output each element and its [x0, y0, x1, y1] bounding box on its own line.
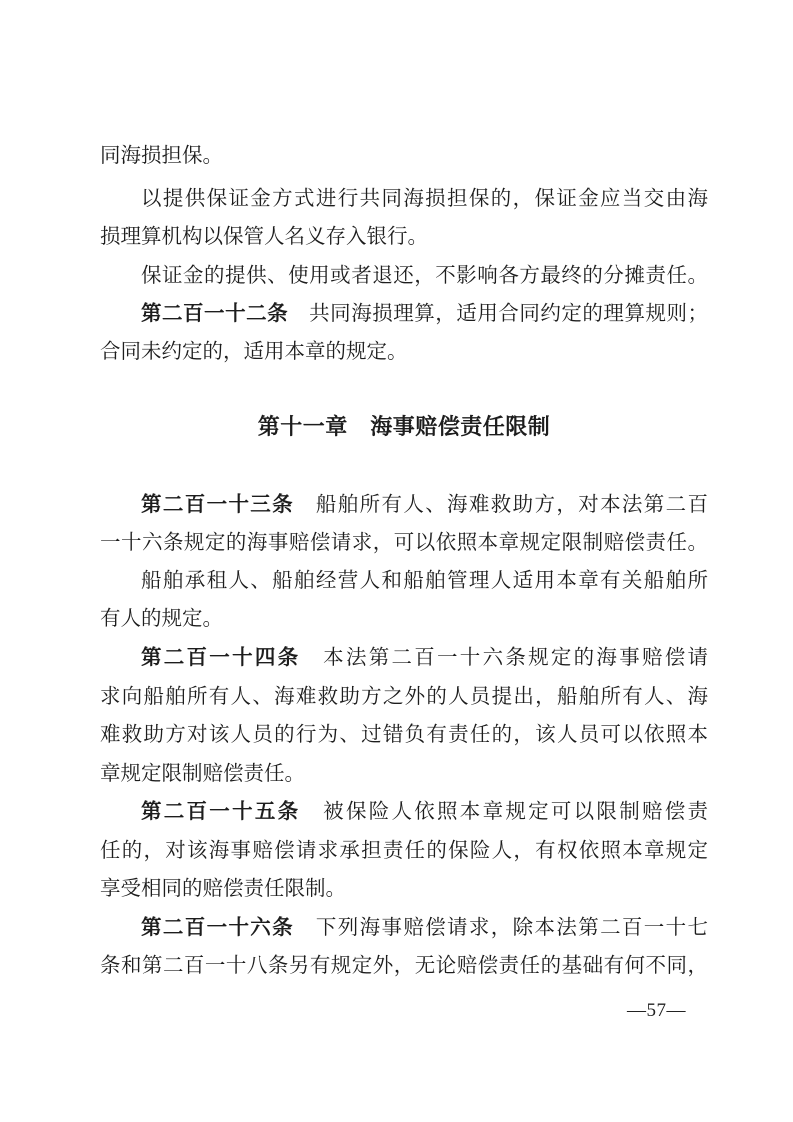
text-line: 享受相同的赔偿责任限制。	[100, 877, 708, 901]
text-segment: 保证金的提供、使用或者退还，不影响各方最终的分摊责任。	[141, 265, 708, 287]
text-segment: 本法第二百一十六条规定的海事赔偿请	[300, 647, 708, 669]
article-number: 第二百一十五条	[141, 800, 300, 823]
text-line: 船舶承租人、船舶经营人和船舶管理人适用本章有关船舶所	[100, 569, 708, 593]
text-line: 损理算机构以保管人名义存入银行。	[100, 225, 708, 249]
text-line: 同海损担保。	[100, 144, 708, 168]
text-line: 求向船舶所有人、海难救助方之外的人员提出，船舶所有人、海	[100, 685, 708, 709]
text-segment: 难救助方对该人员的行为、过错负有责任的，该人员可以依照本	[100, 724, 708, 746]
text-segment: 船舶所有人、海难救助方，对本法第二百	[294, 494, 708, 516]
article-number: 第二百一十二条	[141, 302, 288, 325]
page-number: —57—	[627, 1000, 686, 1022]
document-page: 同海损担保。以提供保证金方式进行共同海损担保的，保证金应当交由海损理算机构以保管…	[0, 0, 793, 1122]
text-segment: 船舶承租人、船舶经营人和船舶管理人适用本章有关船舶所	[141, 570, 708, 592]
text-line: 第二百一十三条 船舶所有人、海难救助方，对本法第二百	[100, 493, 708, 517]
text-line: 任的，对该海事赔偿请求承担责任的保险人，有权依照本章规定	[100, 839, 708, 863]
text-line: 条和第二百一十八条另有规定外，无论赔偿责任的基础有何不同，	[100, 954, 708, 978]
text-segment: 下列海事赔偿请求，除本法第二百一十七	[294, 917, 708, 939]
article-number: 第二百一十三条	[141, 493, 294, 516]
chapter-heading-text: 第十一章 海事赔偿责任限制	[258, 414, 551, 439]
text-segment: 求向船舶所有人、海难救助方之外的人员提出，船舶所有人、海	[100, 686, 708, 708]
text-line: 第二百一十四条 本法第二百一十六条规定的海事赔偿请	[100, 646, 708, 670]
text-segment: 任的，对该海事赔偿请求承担责任的保险人，有权依照本章规定	[100, 840, 708, 862]
text-segment: 章规定限制赔偿责任。	[100, 763, 305, 785]
text-segment: 一十六条规定的海事赔偿请求，可以依照本章规定限制赔偿责任。	[100, 532, 708, 554]
text-segment: 共同海损理算，适用合同约定的理算规则；	[288, 303, 708, 325]
text-line: 难救助方对该人员的行为、过错负有责任的，该人员可以依照本	[100, 723, 708, 747]
text-segment: 条和第二百一十八条另有规定外，无论赔偿责任的基础有何不同，	[100, 955, 708, 977]
text-line: 保证金的提供、使用或者退还，不影响各方最终的分摊责任。	[100, 264, 708, 288]
text-segment: 损理算机构以保管人名义存入银行。	[100, 226, 428, 248]
text-line: 第二百一十二条 共同海损理算，适用合同约定的理算规则；	[100, 302, 708, 326]
chapter-heading: 第十一章 海事赔偿责任限制	[100, 414, 708, 440]
text-line: 合同未约定的，适用本章的规定。	[100, 340, 708, 364]
text-line: 第二百一十六条 下列海事赔偿请求，除本法第二百一十七	[100, 916, 708, 940]
text-segment: 合同未约定的，适用本章的规定。	[100, 341, 408, 363]
text-segment: 被保险人依照本章规定可以限制赔偿责	[300, 801, 708, 823]
text-line: 一十六条规定的海事赔偿请求，可以依照本章规定限制赔偿责任。	[100, 531, 708, 555]
text-segment: 有人的规定。	[100, 608, 223, 630]
text-line: 第二百一十五条 被保险人依照本章规定可以限制赔偿责	[100, 800, 708, 824]
text-line: 有人的规定。	[100, 607, 708, 631]
text-segment: 同海损担保。	[100, 145, 223, 167]
article-number: 第二百一十四条	[141, 646, 300, 669]
text-line: 以提供保证金方式进行共同海损担保的，保证金应当交由海	[100, 187, 708, 211]
text-segment: 以提供保证金方式进行共同海损担保的，保证金应当交由海	[141, 188, 708, 210]
text-segment: 享受相同的赔偿责任限制。	[100, 878, 346, 900]
text-line: 章规定限制赔偿责任。	[100, 762, 708, 786]
article-number: 第二百一十六条	[141, 916, 294, 939]
